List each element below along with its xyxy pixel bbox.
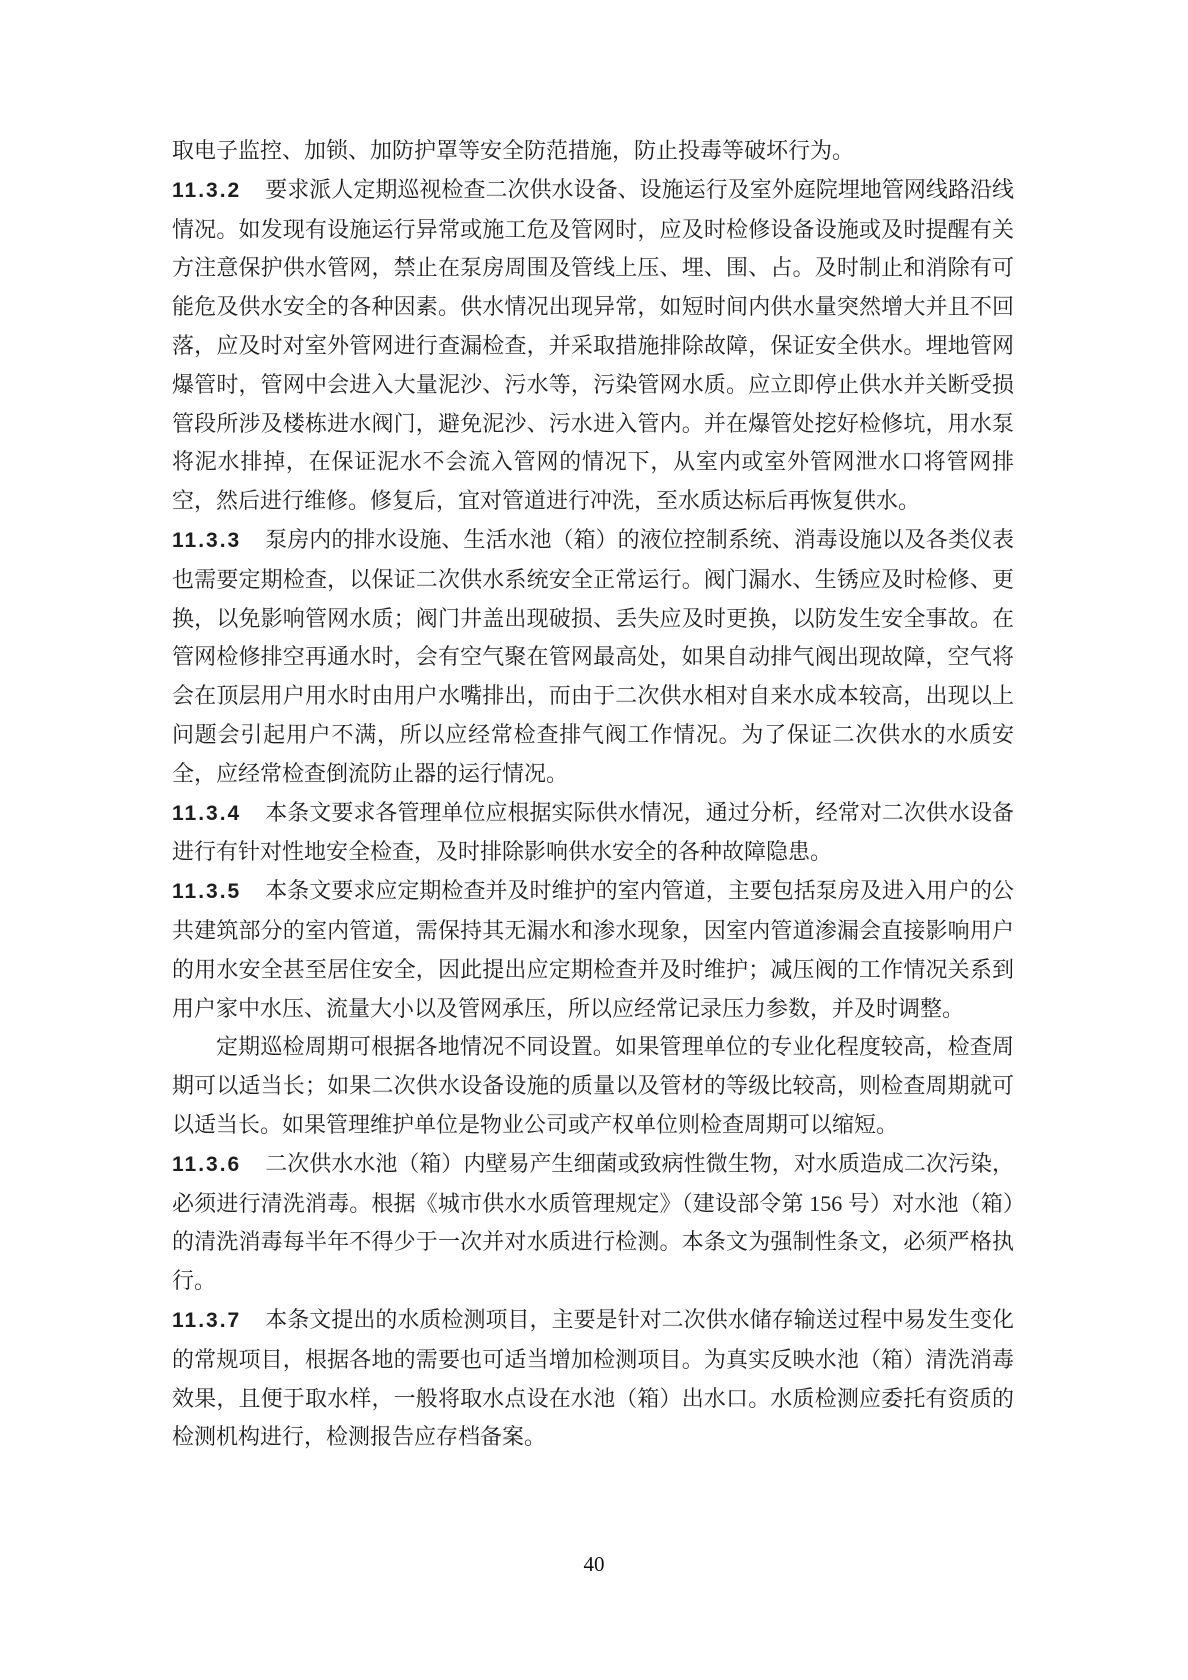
paragraph-text: 要求派人定期巡视检查二次供水设备、设施运行及室外庭院埋地管网线路沿线情况。如发现… — [172, 177, 1014, 513]
paragraph-text: 本条文要求各管理单位应根据实际供水情况，通过分析，经常对二次供水设备进行有针对性… — [172, 800, 1014, 865]
page-number: 40 — [0, 1552, 1188, 1577]
paragraph: 11.3.6二次供水水池（箱）内壁易产生细菌或致病性微生物，对水质造成二次污染，… — [172, 1145, 1014, 1301]
clause-number: 11.3.4 — [172, 802, 241, 825]
clause-number: 11.3.2 — [172, 179, 241, 202]
document-body: 取电子监控、加锁、加防护罩等安全防范措施，防止投毒等破坏行为。 11.3.2要求… — [172, 132, 1014, 1457]
paragraph-text: 定期巡检周期可根据各地情况不同设置。如果管理单位的专业化程度较高，检查周期可以适… — [172, 1034, 1014, 1137]
paragraph-text: 本条文要求应定期检查并及时维护的室内管道，主要包括泵房及进入用户的公共建筑部分的… — [172, 878, 1014, 1020]
paragraph: 11.3.4本条文要求各管理单位应根据实际供水情况，通过分析，经常对二次供水设备… — [172, 794, 1014, 873]
paragraph-text: 泵房内的排水设施、生活水池（箱）的液位控制系统、消毒设施以及各类仪表也需要定期检… — [172, 527, 1014, 786]
clause-number: 11.3.6 — [172, 1153, 241, 1176]
paragraph-text: 二次供水水池（箱）内壁易产生细菌或致病性微生物，对水质造成二次污染，必须进行清洗… — [172, 1151, 1014, 1293]
paragraph-text: 本条文提出的水质检测项目，主要是针对二次供水储存输送过程中易发生变化的常规项目，… — [172, 1307, 1014, 1449]
paragraph: 取电子监控、加锁、加防护罩等安全防范措施，防止投毒等破坏行为。 — [172, 132, 1014, 171]
paragraph: 11.3.3泵房内的排水设施、生活水池（箱）的液位控制系统、消毒设施以及各类仪表… — [172, 521, 1014, 794]
paragraph: 定期巡检周期可根据各地情况不同设置。如果管理单位的专业化程度较高，检查周期可以适… — [172, 1028, 1014, 1144]
clause-number: 11.3.5 — [172, 880, 241, 903]
paragraph-text: 取电子监控、加锁、加防护罩等安全防范措施，防止投毒等破坏行为。 — [172, 138, 854, 163]
clause-number: 11.3.3 — [172, 529, 241, 552]
paragraph: 11.3.7本条文提出的水质检测项目，主要是针对二次供水储存输送过程中易发生变化… — [172, 1301, 1014, 1457]
clause-number: 11.3.7 — [172, 1309, 241, 1332]
paragraph: 11.3.2要求派人定期巡视检查二次供水设备、设施运行及室外庭院埋地管网线路沿线… — [172, 171, 1014, 521]
paragraph: 11.3.5本条文要求应定期检查并及时维护的室内管道，主要包括泵房及进入用户的公… — [172, 872, 1014, 1028]
document-page: 取电子监控、加锁、加防护罩等安全防范措施，防止投毒等破坏行为。 11.3.2要求… — [0, 0, 1188, 1680]
